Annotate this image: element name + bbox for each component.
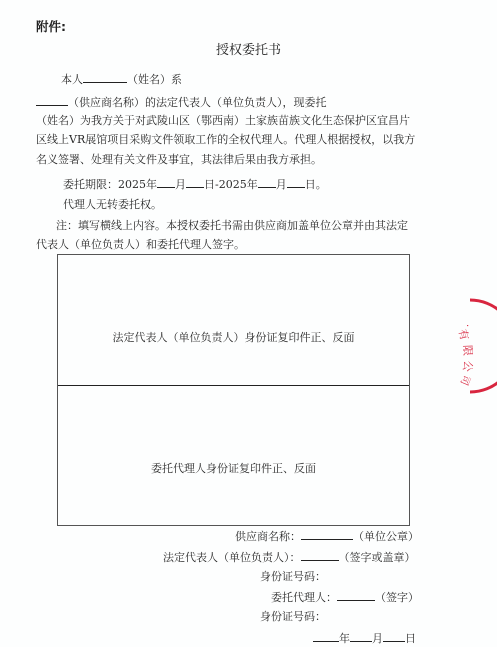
supplier-label: 供应商名称：	[235, 530, 301, 543]
document-title: 授权委托书	[0, 39, 497, 58]
note-line-1: 注：填写横线上内容。本授权委托书需由供应商加盖单位公章并由其法定	[56, 219, 408, 233]
period-month-1: 月	[175, 178, 186, 191]
supplier-name-blank[interactable]	[36, 95, 68, 106]
date-year: 年	[339, 632, 350, 645]
company-seal-stamp-icon: . 有 限 公 司	[448, 296, 497, 396]
svg-text:司: 司	[458, 373, 473, 387]
start-month-blank[interactable]	[157, 177, 175, 188]
principal-prefix: 本人	[61, 73, 83, 86]
principal-suffix: （姓名）系	[127, 73, 182, 86]
start-day-blank[interactable]	[186, 177, 204, 188]
body-line-3: （姓名）为我方关于对武陵山区（鄂西南）土家族苗族文化生态保护区宜昌片	[36, 114, 410, 128]
agent-signature-line: 委托代理人：（签字）	[271, 590, 419, 605]
agent-suffix: （签字）	[375, 591, 419, 604]
period-label: 委托期限：	[63, 178, 118, 191]
period-day-1: 日-2025年	[204, 178, 258, 191]
name-blank[interactable]	[83, 72, 127, 83]
date-month-blank[interactable]	[350, 631, 372, 642]
legal-rep-suffix: （签字或盖章）	[339, 551, 416, 564]
legal-rep-signature-line: 法定代表人（单位负责人）：（签字或盖章）	[163, 550, 416, 565]
svg-text:公: 公	[460, 360, 475, 373]
date-day: 日	[405, 632, 416, 645]
attachment-label: 附件:	[36, 17, 66, 35]
signing-date: 年月日	[313, 631, 416, 646]
svg-text:.: .	[464, 324, 475, 327]
legal-rep-id-copy-label: 法定代表人（单位负责人）身份证复印件正、反面	[58, 329, 409, 345]
supplier-suffix: （单位公章）	[353, 530, 419, 543]
agent-label: 委托代理人：	[271, 591, 337, 604]
end-day-blank[interactable]	[287, 177, 305, 188]
no-subdelegation: 代理人无转委托权。	[63, 198, 162, 212]
supplier-signature-line: 供应商名称：（单位公章）	[235, 529, 419, 544]
body-line-4: 区线上VR展馆项目采购文件领取工作的全权代理人。代理人根据授权，以我方	[36, 133, 415, 147]
box-divider	[58, 385, 409, 386]
legal-rep-id-number: 身份证号码：	[260, 570, 326, 584]
period-start-year: 2025年	[118, 178, 157, 191]
period-month-2: 月	[276, 178, 287, 191]
agent-id-number: 身份证号码：	[260, 610, 326, 624]
principal-line: 本人（姓名）系	[61, 72, 182, 87]
svg-text:限: 限	[461, 345, 474, 356]
agent-id-copy-label: 委托代理人身份证复印件正、反面	[58, 460, 409, 476]
supplier-line: （供应商名称）的法定代表人（单位负责人），现委托	[36, 95, 327, 110]
period-day-2: 日。	[305, 178, 327, 191]
legal-rep-signature-blank[interactable]	[301, 550, 339, 561]
id-copy-box: 法定代表人（单位负责人）身份证复印件正、反面 委托代理人身份证复印件正、反面	[57, 254, 410, 526]
date-day-blank[interactable]	[383, 631, 405, 642]
end-month-blank[interactable]	[258, 177, 276, 188]
body-line-5: 名义签署、处理有关文件及事宜，其法律后果由我方承担。	[36, 153, 322, 167]
note-line-2: 代表人（单位负责人）和委托代理人签字。	[36, 238, 245, 252]
date-month: 月	[372, 632, 383, 645]
svg-text:有: 有	[456, 328, 471, 342]
date-year-blank[interactable]	[313, 631, 339, 642]
agent-signature-blank[interactable]	[337, 590, 375, 601]
supplier-line-text: （供应商名称）的法定代表人（单位负责人），现委托	[68, 96, 327, 109]
delegation-period: 委托期限：2025年月日-2025年月日。	[63, 177, 327, 192]
legal-rep-label: 法定代表人（单位负责人）：	[163, 551, 301, 564]
supplier-seal-blank[interactable]	[301, 529, 353, 540]
